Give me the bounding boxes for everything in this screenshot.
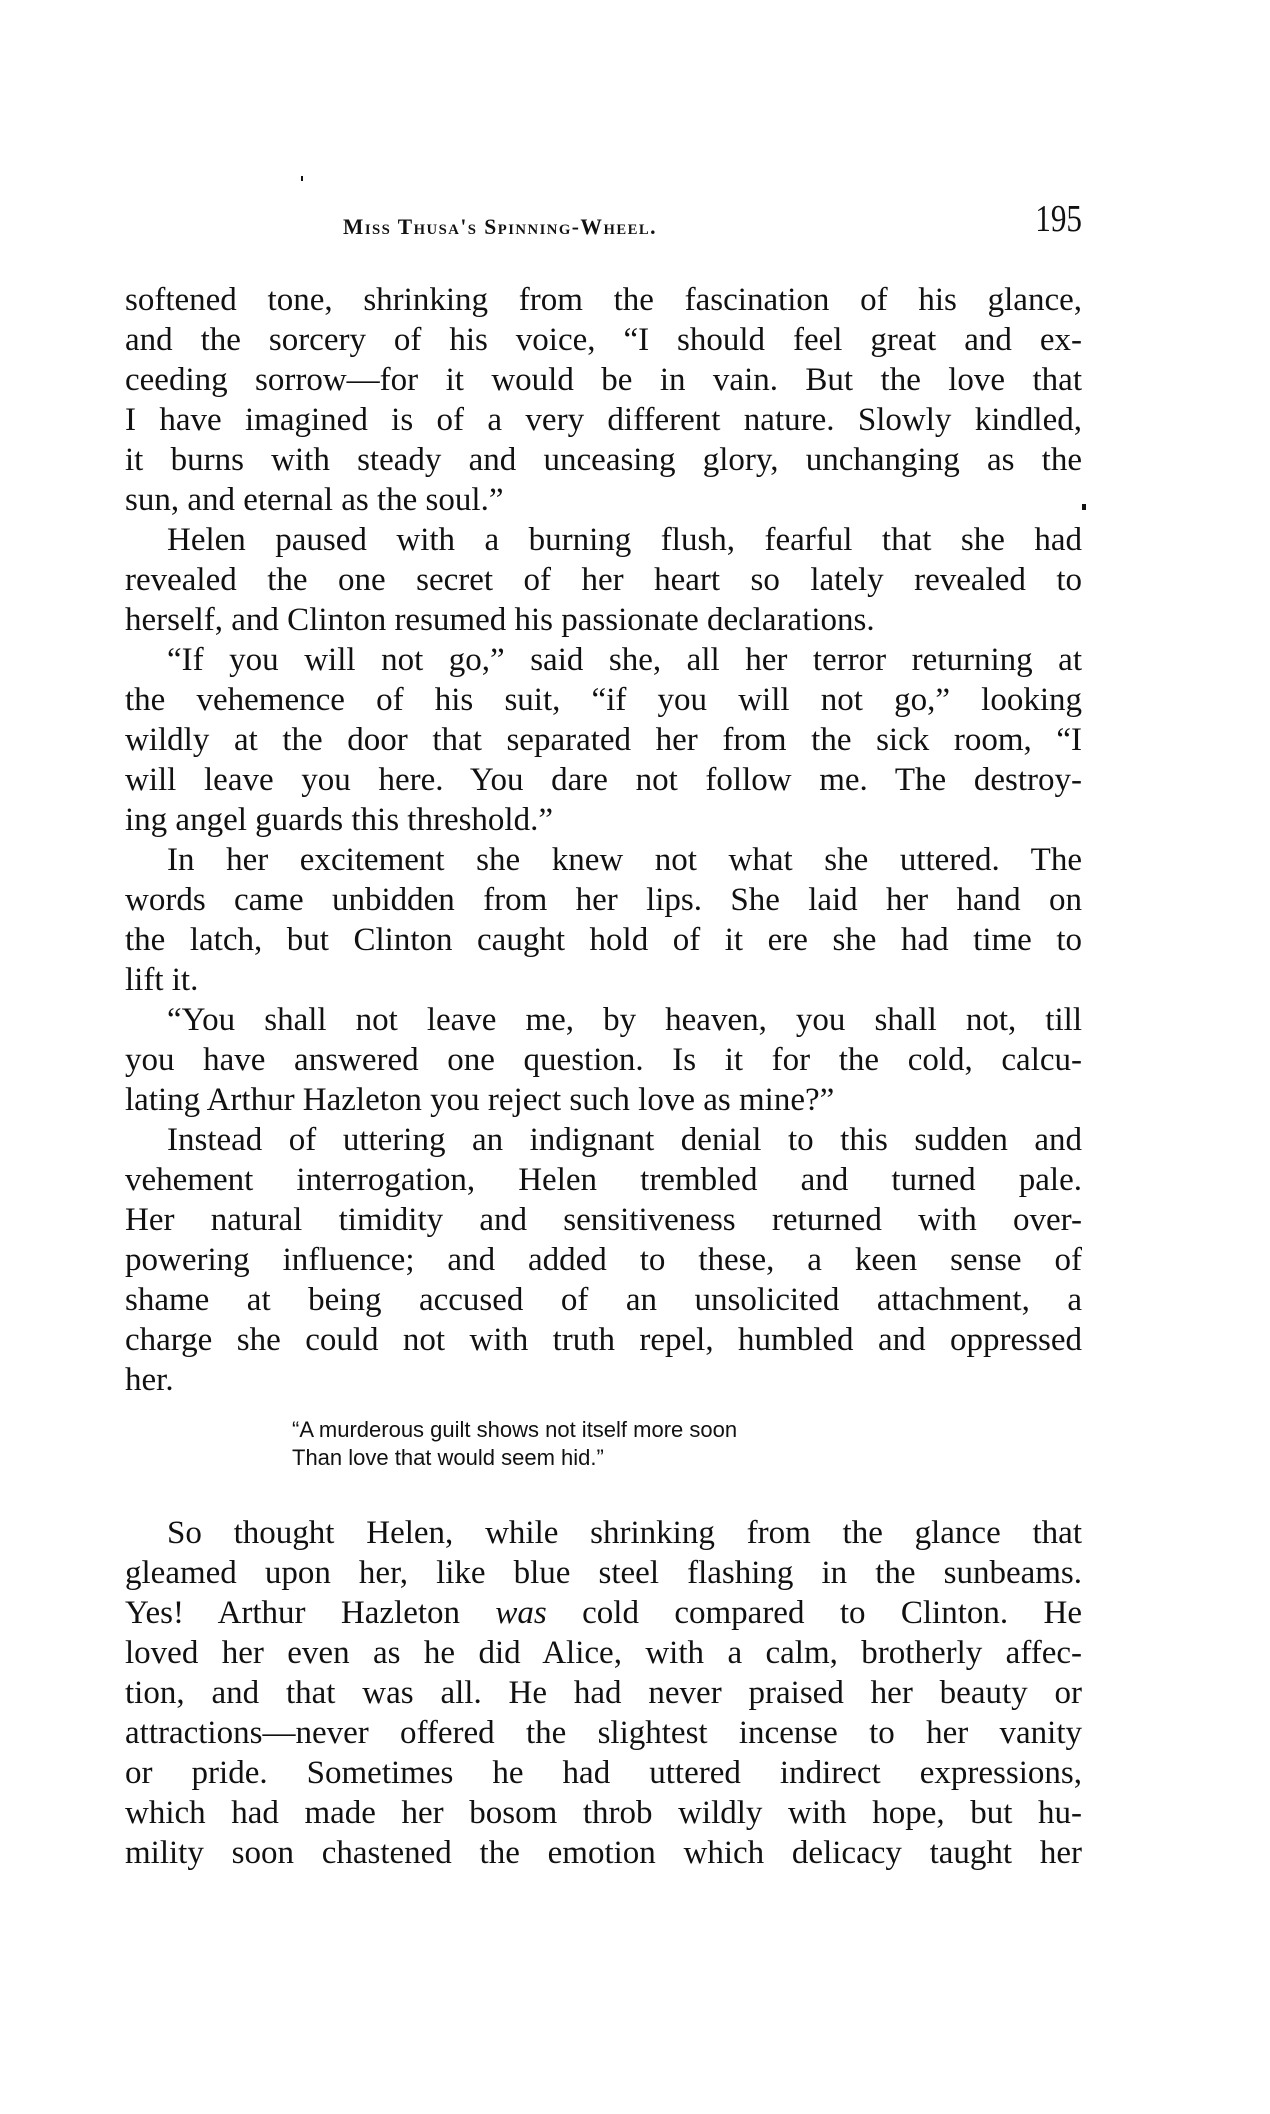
text-line: herself, and Clinton resumed his passion… (125, 600, 1082, 640)
text-line: or pride. Sometimes he had uttered indir… (125, 1753, 1082, 1793)
text-run: cold compared to Clinton. He (547, 1595, 1082, 1631)
text-line: charge she could not with truth repel, h… (125, 1320, 1082, 1360)
text-line: vehement interrogation, Helen trembled a… (125, 1160, 1082, 1200)
verse-quotation: “A murderous guilt shows not itself more… (292, 1416, 737, 1472)
paragraph-start-line: “If you will not go,” said she, all her … (125, 640, 1082, 680)
text-line: loved her even as he did Alice, with a c… (125, 1633, 1082, 1673)
text-line: you have answered one question. Is it fo… (125, 1040, 1082, 1080)
text-line: mility soon chastened the emotion which … (125, 1833, 1082, 1873)
body-text-top: softened tone, shrinking from the fascin… (125, 280, 1082, 1400)
text-line: attractions—never offered the slightest … (125, 1713, 1082, 1753)
text-line: ing angel guards this threshold.” (125, 800, 1082, 840)
paragraph-start-line: “You shall not leave me, by heaven, you … (125, 1000, 1082, 1040)
book-page: Miss Thusa's Spinning-Wheel. 195 softene… (0, 0, 1270, 2114)
paragraph-start-line: Helen paused with a burning flush, fearf… (125, 520, 1082, 560)
text-line: I have imagined is of a very different n… (125, 400, 1082, 440)
text-line: softened tone, shrinking from the fascin… (125, 280, 1082, 320)
text-run: Yes! Arthur Hazleton (125, 1595, 495, 1631)
text-line: it burns with steady and unceasing glory… (125, 440, 1082, 480)
scan-speck (301, 176, 303, 181)
text-line: will leave you here. You dare not follow… (125, 760, 1082, 800)
body-text-bottom: So thought Helen, while shrinking from t… (125, 1513, 1082, 1873)
text-line: Yes! Arthur Hazleton was cold compared t… (125, 1593, 1082, 1633)
text-line: lating Arthur Hazleton you reject such l… (125, 1080, 1082, 1120)
scan-speck (1082, 504, 1086, 510)
text-line: words came unbidden from her lips. She l… (125, 880, 1082, 920)
text-line: and the sorcery of his voice, “I should … (125, 320, 1082, 360)
page-header: Miss Thusa's Spinning-Wheel. 195 (125, 200, 1082, 240)
emphasized-word: was (495, 1595, 546, 1631)
verse-line: Than love that would seem hid.” (292, 1444, 737, 1472)
text-line: Her natural timidity and sensitiveness r… (125, 1200, 1082, 1240)
text-line: revealed the one secret of her heart so … (125, 560, 1082, 600)
paragraph-start-line: In her excitement she knew not what she … (125, 840, 1082, 880)
text-line: wildly at the door that separated her fr… (125, 720, 1082, 760)
running-title: Miss Thusa's Spinning-Wheel. (343, 214, 657, 240)
paragraph-start-line: So thought Helen, while shrinking from t… (125, 1513, 1082, 1553)
text-line: shame at being accused of an unsolicited… (125, 1280, 1082, 1320)
paragraph-start-line: Instead of uttering an indignant denial … (125, 1120, 1082, 1160)
text-line: her. (125, 1360, 1082, 1400)
text-line: tion, and that was all. He had never pra… (125, 1673, 1082, 1713)
text-line: which had made her bosom throb wildly wi… (125, 1793, 1082, 1833)
text-line: sun, and eternal as the soul.” (125, 480, 1082, 520)
text-line: gleamed upon her, like blue steel flashi… (125, 1553, 1082, 1593)
page-number: 195 (1035, 200, 1082, 238)
text-line: powering influence; and added to these, … (125, 1240, 1082, 1280)
verse-line: “A murderous guilt shows not itself more… (292, 1416, 737, 1444)
text-line: the vehemence of his suit, “if you will … (125, 680, 1082, 720)
text-line: lift it. (125, 960, 1082, 1000)
text-line: the latch, but Clinton caught hold of it… (125, 920, 1082, 960)
text-line: ceeding sorrow—for it would be in vain. … (125, 360, 1082, 400)
